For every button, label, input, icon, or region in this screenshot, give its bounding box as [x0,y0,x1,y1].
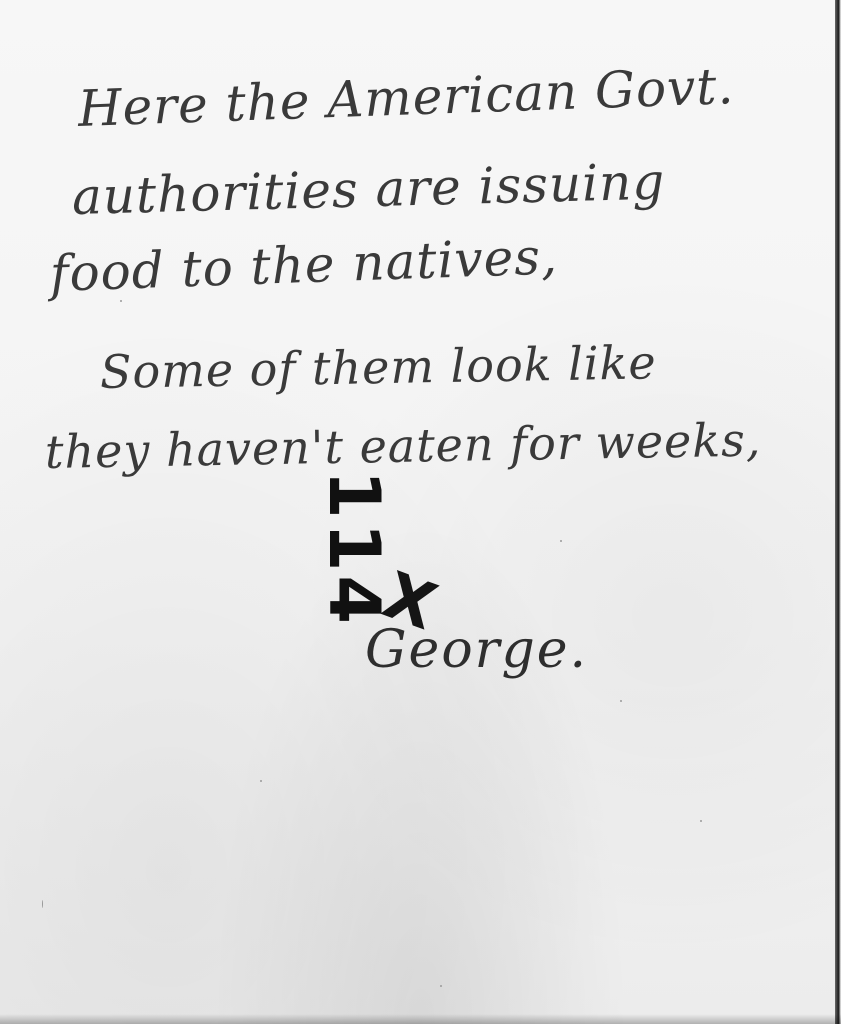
paper-speck [620,700,622,702]
photo-right-edge [835,0,841,1024]
photo-back-page: Here the American Govt. authorities are … [0,0,841,1024]
paper-speck [700,820,702,822]
handwritten-line-2: authorities are issuing [71,152,666,226]
handwritten-line-5: they haven't eaten for weeks, [45,413,762,479]
paper-speck [260,780,262,782]
photo-bottom-edge [0,1014,841,1024]
paper-speck [440,985,442,987]
signature: George. [365,620,588,680]
handwritten-line-3: food to the natives, [49,227,559,303]
paper-speck [120,300,122,302]
paper-speck [560,540,562,542]
handwritten-line-1: Here the American Govt. [77,57,735,138]
paper-speck [42,900,43,908]
handwritten-line-4: Some of them look like [100,335,658,399]
